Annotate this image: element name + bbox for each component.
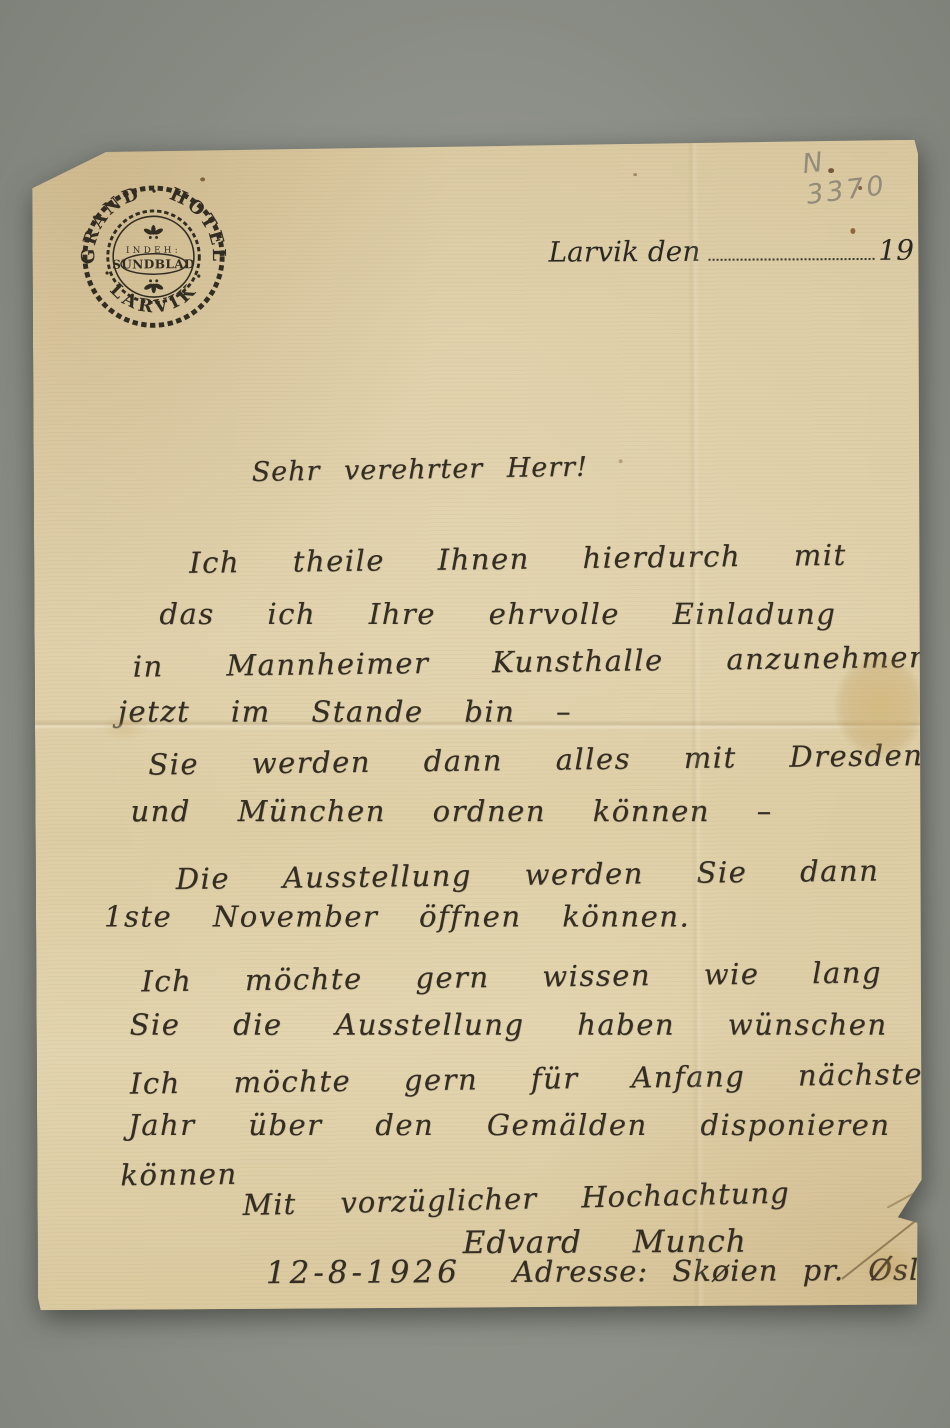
foxing-speck [828, 168, 834, 173]
closing-phrase: Mit vorzüglicher Hochachtung [242, 1176, 790, 1222]
archive-number-annotation: N 3370 [801, 135, 922, 211]
letter-line: und München ordnen können – [130, 794, 772, 828]
paper-stain [850, 1238, 928, 1296]
foxing-speck [633, 173, 637, 176]
letter-line: Sie werden dann alles mit Dresdener [148, 738, 950, 782]
letter-line: Ich möchte gern wissen wie lang [141, 955, 882, 998]
letter-sheet-wrap: GRAND · HOTEL · LARVIK · INDEH: SUNDBLAD [0, 0, 950, 1428]
letter-line: in Mannheimer Kunsthalle anzunehmen [132, 640, 929, 684]
letter-line: 1ste November öffnen können. [104, 899, 690, 933]
fleur-ornament-icon [143, 225, 164, 239]
salutation: Sehr verehrter Herr! [251, 452, 588, 488]
foxing-speck [858, 186, 862, 190]
letter-line: Ich möchte gern für Anfang nächste [130, 1057, 924, 1101]
letter-line: können [120, 1157, 238, 1192]
stamp-center-name-text: SUNDBLAD [112, 257, 195, 271]
handwritten-date: 12-8-1926 [266, 1254, 461, 1291]
paper-stain [95, 709, 155, 745]
letter-line: Jahr über den Gemälden disponieren [128, 1108, 890, 1142]
letter-sheet: GRAND · HOTEL · LARVIK · INDEH: SUNDBLAD [32, 140, 924, 1311]
horizontal-fold-crease [35, 720, 921, 731]
dateline-dotted-rule [708, 238, 874, 261]
foxing-speck [619, 459, 623, 463]
photo-backdrop: GRAND · HOTEL · LARVIK · INDEH: SUNDBLAD [0, 0, 950, 1428]
dateline-year-prefix: 19 [878, 234, 914, 267]
foxing-speck [200, 177, 205, 181]
printed-dateline: Larvik den19 [548, 234, 914, 269]
paper-stain [827, 645, 934, 768]
dateline-place-label: Larvik den [548, 235, 700, 269]
letter-line: Ich theile Ihnen hierdurch mit [189, 538, 847, 580]
letter-line: das ich Ihre ehrvolle Einladung [159, 597, 836, 631]
tear-crack [887, 1169, 950, 1208]
foxing-speck [850, 228, 855, 234]
letter-line: Sie die Ausstellung haben wünschen – [130, 1008, 950, 1042]
fleur-ornament-icon [143, 279, 164, 293]
date-address-row: 12-8-1926 Adresse: Skøien pr. Oslo [266, 1252, 938, 1292]
letter-line: Die Ausstellung werden Sie dann [176, 853, 880, 896]
grand-hotel-larvik-stamp: GRAND · HOTEL · LARVIK · INDEH: SUNDBLAD [80, 183, 227, 330]
